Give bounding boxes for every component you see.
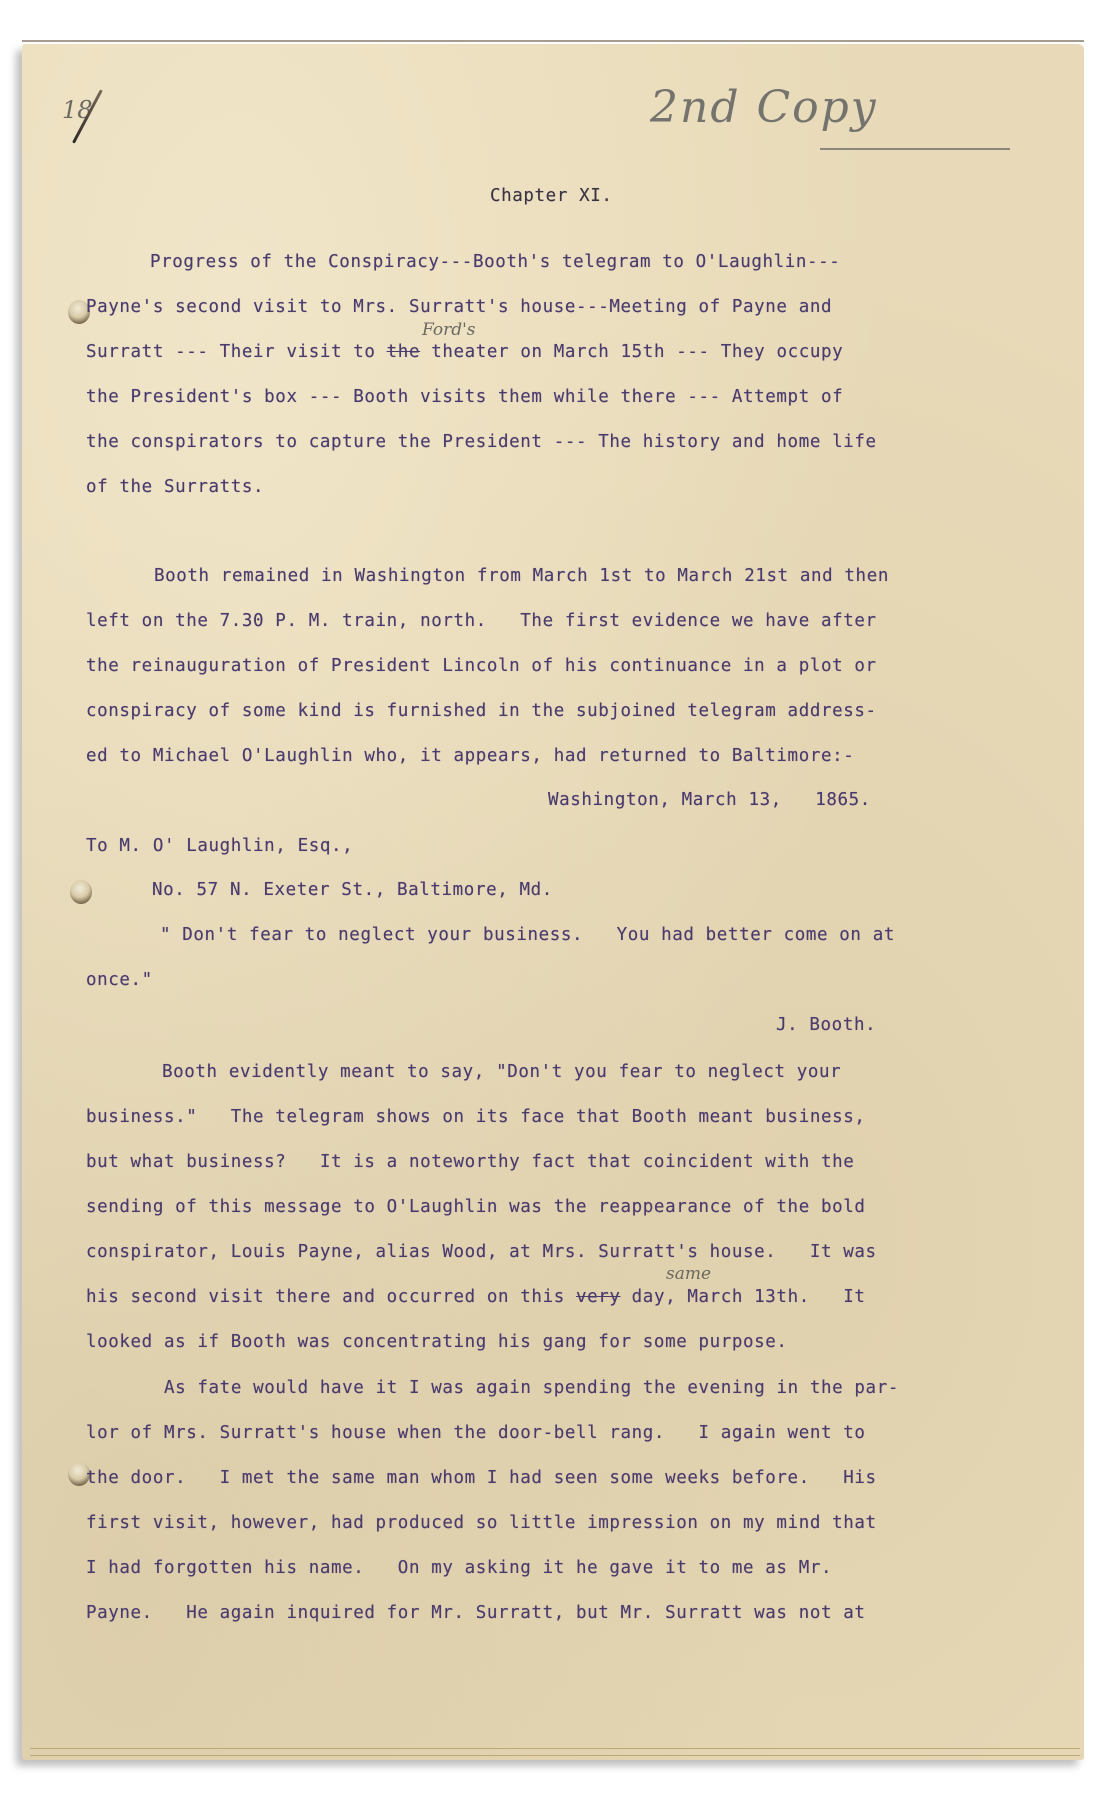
telegram-body: once.": [86, 970, 153, 990]
synopsis-line: the President's box --- Booth visits the…: [86, 387, 843, 407]
paragraph-line: lor of Mrs. Surratt's house when the doo…: [86, 1423, 866, 1443]
paragraph-line: conspirator, Louis Payne, alias Wood, at…: [86, 1242, 877, 1262]
paragraph-line: his second visit there and occurred on t…: [86, 1287, 866, 1307]
paragraph-line: As fate would have it I was again spendi…: [164, 1378, 899, 1398]
paragraph-line: sending of this message to O'Laughlin wa…: [86, 1197, 866, 1217]
torn-top-edge: [22, 40, 1084, 54]
handwritten-insertion: Ford's: [422, 320, 476, 340]
struck-word: very: [576, 1287, 621, 1307]
synopsis-line: Surratt --- Their visit to the theater o…: [86, 342, 843, 362]
paragraph-line: but what business? It is a noteworthy fa…: [86, 1152, 854, 1172]
paragraph-line: the door. I met the same man whom I had …: [86, 1468, 877, 1488]
paragraph-line: I had forgotten his name. On my asking i…: [86, 1558, 832, 1578]
synopsis-line-a: Surratt --- Their visit to: [86, 342, 387, 362]
paragraph-line: Booth remained in Washington from March …: [154, 566, 889, 586]
paragraph-line: left on the 7.30 P. M. train, north. The…: [86, 611, 877, 631]
paragraph-line: ed to Michael O'Laughlin who, it appears…: [86, 746, 854, 766]
paragraph-line: first visit, however, had produced so li…: [86, 1513, 877, 1533]
paragraph-line: business." The telegram shows on its fac…: [86, 1107, 866, 1127]
synopsis-line: the conspirators to capture the Presiden…: [86, 432, 877, 452]
copy-underline: [820, 148, 1010, 150]
paragraph-line-b: day, March 13th. It: [621, 1287, 866, 1307]
chapter-heading: Chapter XI.: [490, 186, 613, 206]
paragraph-line: Payne. He again inquired for Mr. Surratt…: [86, 1603, 866, 1623]
handwritten-insertion: same: [666, 1264, 711, 1284]
telegram-body: " Don't fear to neglect your business. Y…: [160, 925, 895, 945]
telegram-address: No. 57 N. Exeter St., Baltimore, Md.: [152, 880, 553, 900]
punch-hole-icon: [70, 880, 92, 904]
telegram-addressee: To M. O' Laughlin, Esq.,: [86, 836, 353, 856]
telegram-dateline: Washington, March 13, 1865.: [548, 790, 871, 810]
synopsis-line: of the Surratts.: [86, 477, 264, 497]
synopsis-line: Payne's second visit to Mrs. Surratt's h…: [86, 297, 832, 317]
synopsis-line: Progress of the Conspiracy---Booth's tel…: [150, 252, 840, 272]
telegram-signature: J. Booth.: [776, 1015, 876, 1035]
struck-word: the: [387, 342, 420, 362]
paragraph-line-a: his second visit there and occurred on t…: [86, 1287, 576, 1307]
paragraph-line: conspiracy of some kind is furnished in …: [86, 701, 877, 721]
paragraph-line: looked as if Booth was concentrating his…: [86, 1332, 788, 1352]
copy-annotation: 2nd Copy: [650, 82, 878, 133]
synopsis-line-b: theater on March 15th --- They occupy: [420, 342, 843, 362]
paragraph-line: the reinauguration of President Lincoln …: [86, 656, 877, 676]
page-bottom-edge: [30, 1748, 1080, 1756]
paragraph-line: Booth evidently meant to say, "Don't you…: [162, 1062, 841, 1082]
